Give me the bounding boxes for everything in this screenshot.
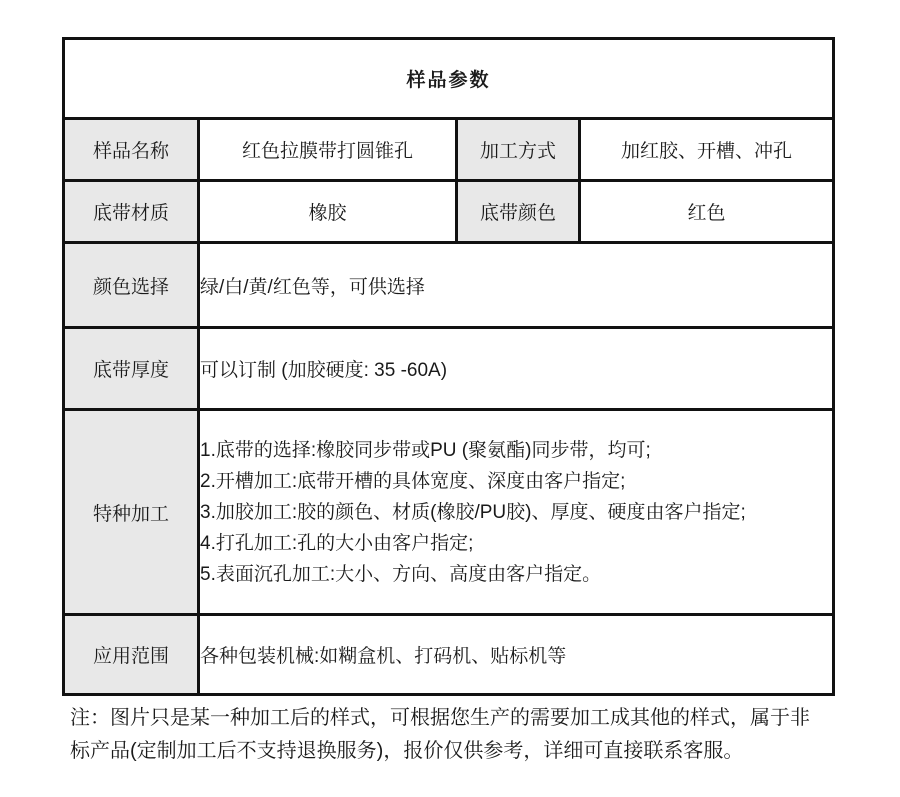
label-sample-name: 样品名称: [64, 119, 199, 181]
value-base-thickness: 可以订制 (加胶硬度: 35 -60A): [199, 328, 834, 410]
value-color-options: 绿/白/黄/红色等，可供选择: [199, 243, 834, 328]
label-base-color: 底带颜色: [457, 181, 580, 243]
value-application-scope: 各种包装机械:如糊盒机、打码机、贴标机等: [199, 615, 834, 695]
product-spec-sheet: 样品参数 样品名称 红色拉膜带打圆锥孔 加工方式 加红胶、开槽、冲孔 底带材质 …: [0, 0, 900, 797]
special-processing-line-5: 5.表面沉孔加工:大小、方向、高度由客户指定。: [200, 559, 832, 590]
label-base-thickness: 底带厚度: [64, 328, 199, 410]
label-base-material: 底带材质: [64, 181, 199, 243]
table-title: 样品参数: [64, 39, 834, 119]
special-processing-line-3: 3.加胶加工:胶的颜色、材质(橡胶/PU胶)、厚度、硬度由客户指定;: [200, 497, 832, 528]
label-application-scope: 应用范围: [64, 615, 199, 695]
value-processing-method: 加红胶、开槽、冲孔: [580, 119, 834, 181]
label-processing-method: 加工方式: [457, 119, 580, 181]
spec-table: 样品参数 样品名称 红色拉膜带打圆锥孔 加工方式 加红胶、开槽、冲孔 底带材质 …: [62, 37, 835, 696]
value-base-material: 橡胶: [199, 181, 457, 243]
special-processing-line-1: 1.底带的选择:橡胶同步带或PU (聚氨酯)同步带，均可;: [200, 435, 832, 466]
footer-note: 注：图片只是某一种加工后的样式，可根据您生产的需要加工成其他的样式，属于非标产品…: [70, 702, 822, 768]
special-processing-line-2: 2.开槽加工:底带开槽的具体宽度、深度由客户指定;: [200, 466, 832, 497]
label-special-processing: 特种加工: [64, 410, 199, 615]
value-base-color: 红色: [580, 181, 834, 243]
special-processing-line-4: 4.打孔加工:孔的大小由客户指定;: [200, 528, 832, 559]
value-special-processing: 1.底带的选择:橡胶同步带或PU (聚氨酯)同步带，均可; 2.开槽加工:底带开…: [199, 410, 834, 615]
label-color-options: 颜色选择: [64, 243, 199, 328]
value-sample-name: 红色拉膜带打圆锥孔: [199, 119, 457, 181]
